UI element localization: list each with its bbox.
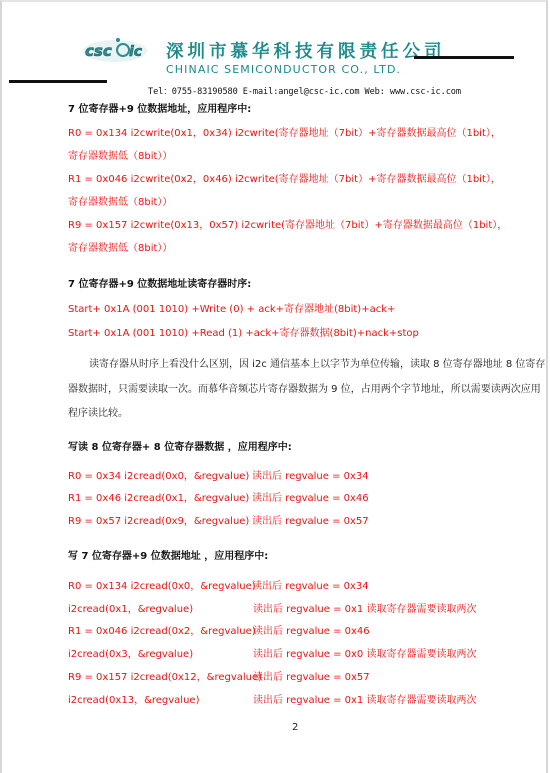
table-row: R9 = 0x157 i2cread(0x12，&regvalue) 读出后 r… (68, 671, 262, 685)
code-line: R9 = 0x157 i2cwrite(0x13，0x57) i2cwrite(… (68, 219, 507, 233)
svg-text:csc: csc (85, 42, 112, 60)
result-cell: 读出后 regvalue = 0x46 (252, 492, 369, 506)
header-divider-left (9, 80, 107, 83)
table-row: R0 = 0x34 i2cread(0x0，&regvalue) 读出后 reg… (68, 470, 249, 484)
code-cell: R1 = 0x046 i2cread(0x2，&regvalue) (68, 626, 256, 637)
svg-text:ic: ic (129, 44, 143, 60)
code-cell: R0 = 0x34 i2cread(0x0，&regvalue) (68, 471, 249, 482)
code-line: 寄存器数据低（8bit）） (68, 196, 172, 210)
section-heading: 写读 8 位寄存器+ 8 位寄存器数据 ，应用程序中: (68, 441, 292, 455)
code-cell: i2cread(0x13，&regvalue) (68, 695, 199, 706)
body-paragraph-line: 读寄存器从时序上看没什么区别，因 i2c 通信基本上以字节为单位传输，读取 8 … (89, 358, 545, 372)
result-cell: 读出后 regvalue = 0x0 读取寄存器需要读取两次 (253, 648, 476, 662)
code-line: R1 = 0x046 i2cwrite(0x2，0x46) i2cwrite(寄… (68, 173, 501, 187)
code-cell: R9 = 0x57 i2cread(0x9，&regvalue) (68, 516, 249, 527)
code-line: R0 = 0x134 i2cwrite(0x1，0x34) i2cwrite(寄… (68, 127, 501, 141)
code-cell: R0 = 0x134 i2cread(0x0，&regvalue) (68, 581, 256, 592)
company-name-en: CHINAIC SEMICONDUCTOR CO., LTD. (166, 63, 401, 76)
result-cell: 读出后 regvalue = 0x34 (252, 580, 369, 594)
result-cell: 读出后 regvalue = 0x46 (253, 625, 370, 639)
body-paragraph-line: 器数据时，只需要读取一次。而慕华音频芯片寄存器数据为 9 位，占用两个字节地址，… (68, 383, 541, 397)
document-page: csc ic 深圳市慕华科技有限责任公司 CHINAIC SEMICONDUCT… (0, 0, 548, 773)
section-heading: 写 7 位寄存器+9 位数据地址 ，应用程序中: (68, 550, 268, 564)
table-row: R9 = 0x57 i2cread(0x9，&regvalue) 读出后 reg… (68, 515, 249, 529)
result-cell: 读出后 regvalue = 0x1 读取寄存器需要读取两次 (253, 603, 476, 617)
result-cell: 读出后 regvalue = 0x57 (252, 515, 369, 529)
table-row: R1 = 0x46 i2cread(0x1，&regvalue) 读出后 reg… (68, 492, 249, 506)
timing-line: Start+ 0x1A (001 1010) +Read (1) +ack+寄存… (68, 327, 419, 341)
section-heading: 7 位寄存器+9 位数据地址读寄存器时序: (68, 278, 251, 292)
result-cell: 读出后 regvalue = 0x1 读取寄存器需要读取两次 (253, 694, 476, 708)
code-cell: R1 = 0x46 i2cread(0x1，&regvalue) (68, 493, 249, 504)
code-cell: R9 = 0x157 i2cread(0x12，&regvalue) (68, 672, 262, 683)
section-heading: 7 位寄存器+9 位数据地址，应用程序中: (68, 103, 251, 117)
timing-line: Start+ 0x1A (001 1010) +Write (0) + ack+… (68, 303, 395, 317)
result-cell: 读出后 regvalue = 0x34 (252, 470, 369, 484)
company-logo-icon: csc ic (82, 35, 148, 65)
code-line: 寄存器数据低（8bit）） (68, 242, 172, 256)
contact-info: Tel：0755-83190580 E-mail:angel@csc-ic.co… (148, 85, 461, 97)
table-row: i2cread(0x13，&regvalue) 读出后 regvalue = 0… (68, 694, 199, 708)
body-paragraph-line: 程序读比较。 (68, 407, 128, 421)
result-cell: 读出后 regvalue = 0x57 (253, 671, 370, 685)
company-name-cn: 深圳市慕华科技有限责任公司 (166, 38, 446, 63)
table-row: i2cread(0x3，&regvalue) 读出后 regvalue = 0x… (68, 648, 193, 662)
code-cell: i2cread(0x1，&regvalue) (68, 604, 193, 615)
code-line: 寄存器数据低（8bit）） (68, 150, 172, 164)
table-row: R0 = 0x134 i2cread(0x0，&regvalue) 读出后 re… (68, 580, 256, 594)
page-number: 2 (292, 722, 298, 733)
header-divider-right (414, 56, 514, 59)
code-cell: i2cread(0x3，&regvalue) (68, 649, 193, 660)
table-row: R1 = 0x046 i2cread(0x2，&regvalue) 读出后 re… (68, 625, 256, 639)
table-row: i2cread(0x1，&regvalue) 读出后 regvalue = 0x… (68, 603, 193, 617)
